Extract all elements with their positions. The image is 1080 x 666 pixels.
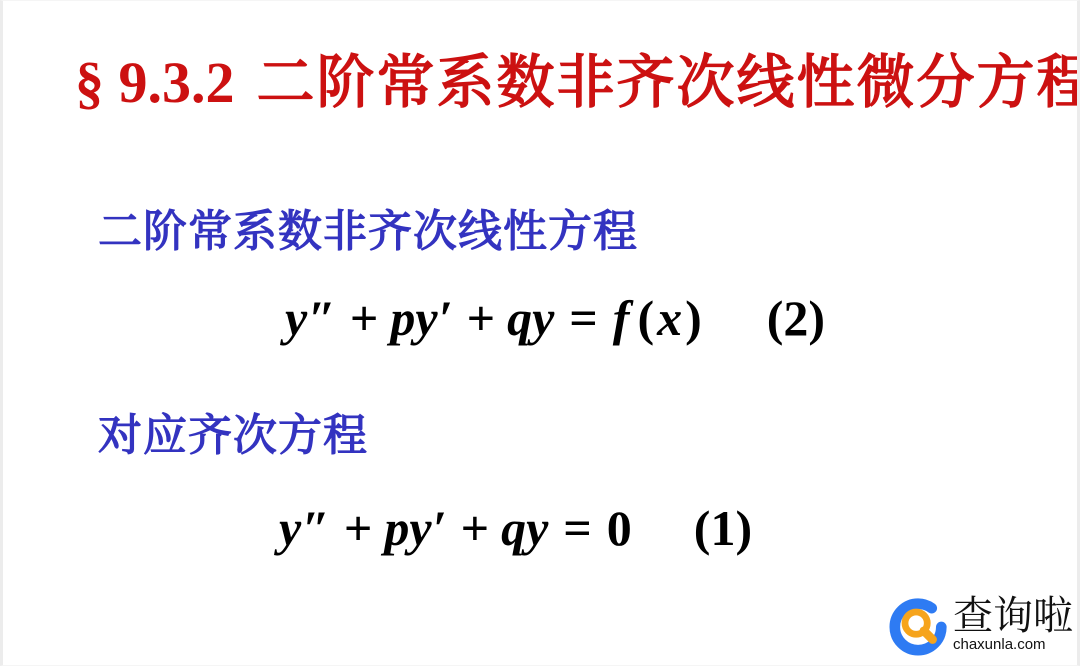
slide-title: § 9.3.2二阶常系数非齐次线性微分方程 bbox=[75, 35, 1080, 119]
prime: ′ bbox=[433, 500, 447, 556]
math-token: + bbox=[350, 290, 379, 346]
title-text: 二阶常系数非齐次线性微分方程 bbox=[257, 50, 1080, 115]
prime: ′ bbox=[439, 290, 453, 346]
math-token: f bbox=[613, 290, 630, 346]
math-token: + bbox=[344, 500, 373, 556]
math-token: x bbox=[657, 290, 682, 346]
chaxunla-watermark: 查询啦 chaxunla.com bbox=[889, 595, 1073, 657]
math-token: y bbox=[279, 500, 301, 556]
logo-text-block: 查询啦 chaxunla.com bbox=[953, 595, 1073, 654]
nonhomogeneous-label: 二阶常系数非齐次线性方程 bbox=[98, 195, 638, 259]
math-token: y bbox=[415, 290, 437, 346]
double-prime: ″ bbox=[302, 500, 330, 556]
logo-name: 查询啦 bbox=[953, 595, 1073, 637]
double-prime: ″ bbox=[308, 290, 336, 346]
close-paren: ) bbox=[685, 290, 702, 346]
equation-2: y″+py′+qy=f(x)(2) bbox=[285, 289, 825, 347]
equation-number: (1) bbox=[694, 500, 752, 556]
math-token: q bbox=[501, 500, 526, 556]
math-token: y bbox=[526, 500, 548, 556]
math-token: p bbox=[384, 500, 409, 556]
math-token: 0 bbox=[607, 500, 632, 556]
math-token: + bbox=[467, 290, 496, 346]
logo-domain: chaxunla.com bbox=[953, 637, 1073, 654]
equation-number: (2) bbox=[767, 290, 825, 346]
math-token: y bbox=[409, 500, 431, 556]
open-paren: ( bbox=[637, 290, 654, 346]
magnifier-logo-icon bbox=[889, 595, 951, 657]
math-token: q bbox=[507, 290, 532, 346]
homogeneous-label: 对应齐次方程 bbox=[98, 399, 368, 463]
equation-1: y″+py′+qy=0(1) bbox=[279, 499, 752, 557]
math-token: y bbox=[285, 290, 307, 346]
section-number: § 9.3.2 bbox=[75, 50, 235, 115]
math-token: y bbox=[532, 290, 554, 346]
math-token: p bbox=[390, 290, 415, 346]
math-token: + bbox=[461, 500, 490, 556]
equals-sign: = bbox=[563, 500, 592, 556]
equals-sign: = bbox=[569, 290, 598, 346]
slide: § 9.3.2二阶常系数非齐次线性微分方程 二阶常系数非齐次线性方程 y″+py… bbox=[0, 0, 1080, 666]
